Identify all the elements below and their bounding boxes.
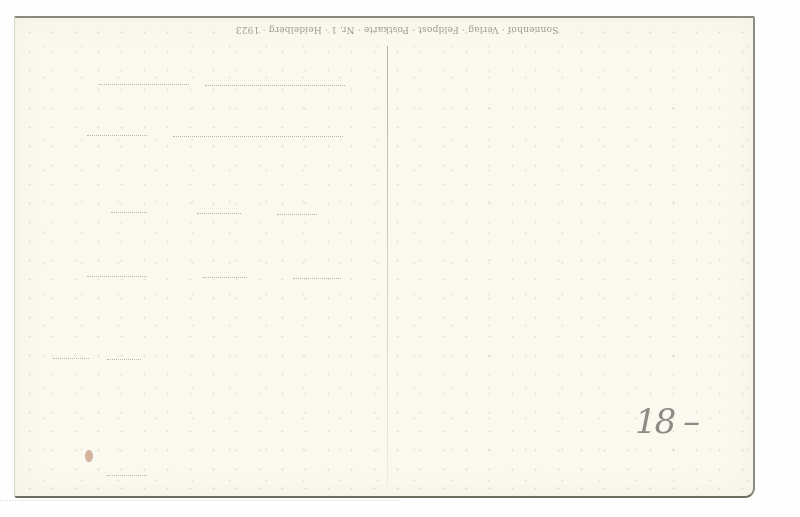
stain-mark: [85, 450, 93, 462]
address-line: [197, 213, 241, 214]
scan-edge-artifact: [0, 500, 400, 502]
address-line: [99, 84, 189, 85]
address-line: [173, 136, 343, 137]
address-line: [107, 475, 147, 476]
postcard-back: Sonnenhof · Verlag · Feldpost · Postkart…: [14, 16, 755, 498]
center-divider-line: [387, 46, 388, 486]
address-line: [107, 359, 141, 360]
address-line: [87, 276, 147, 277]
address-line: [205, 85, 345, 86]
address-line: [87, 135, 147, 136]
address-line: [293, 278, 341, 279]
address-line: [53, 358, 89, 359]
address-line: [203, 277, 247, 278]
handwritten-note: 18 –: [635, 402, 698, 442]
address-line: [111, 212, 147, 213]
printed-header-text-upside-down: Sonnenhof · Verlag · Feldpost · Postkart…: [107, 24, 687, 34]
address-line: [277, 214, 317, 215]
